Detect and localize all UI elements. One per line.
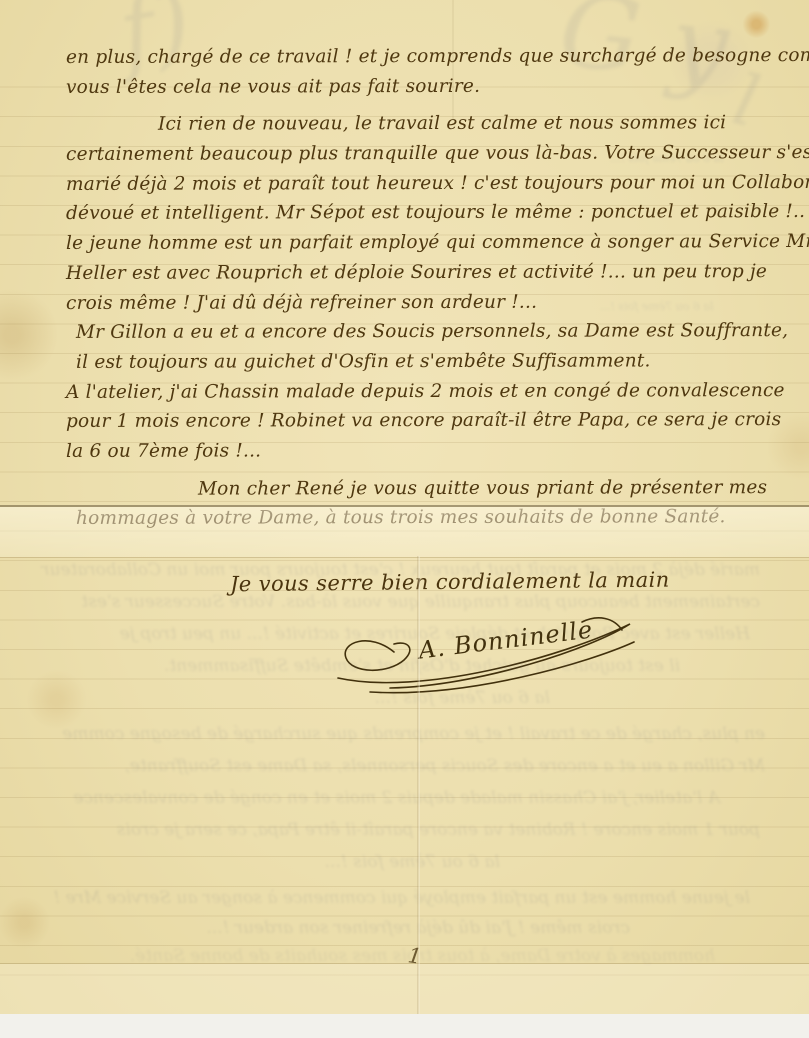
fold-highlight-band (0, 507, 809, 557)
signature: A. Bonninelle (330, 608, 640, 698)
letter-line: la 6 ou 7ème fois !... (66, 435, 790, 467)
letter-line: crois même ! J'ai dû déjà refreiner son … (66, 287, 790, 319)
letter-body: en plus, chargé de ce travail ! et je co… (66, 42, 790, 533)
vertical-fold-crease (452, 0, 454, 120)
letter-line: Ici rien de nouveau, le travail est calm… (66, 108, 790, 140)
letter-line: en plus, chargé de ce travail ! et je co… (66, 41, 790, 73)
letter-line: A l'atelier, j'ai Chassin malade depuis … (66, 376, 790, 408)
letter-line: marié déjà 2 mois et paraît tout heureux… (66, 168, 790, 200)
letter-line: certainement beaucoup plus tranquille qu… (66, 138, 790, 170)
letter-line: dévoué et intelligent. Mr Sépot est touj… (66, 197, 790, 229)
letter-line: Mr Gillon a eu et a encore des Soucis pe… (66, 316, 790, 348)
letter-line: Heller est avec Rouprich et déploie Sour… (66, 257, 790, 289)
letter-line: le jeune homme est un parfait employé qu… (66, 227, 790, 259)
letter-line: vous l'êtes cela ne vous ait pas fait so… (66, 71, 790, 103)
letter-line: pour 1 mois encore ! Robinet va encore p… (66, 405, 790, 437)
fold-highlight-band (0, 964, 809, 1014)
letter-line: il est toujours au guichet d'Osfin et s'… (66, 346, 790, 378)
horizontal-fold-crease (0, 557, 809, 558)
letter-scan: f) G y l la 6 ou 7ème fois !... la 6 ou … (0, 0, 809, 1038)
letter-line: Mon cher René je vous quitte vous priant… (66, 473, 790, 505)
closing-salutation: Je vous serre bien cordialement la main (230, 568, 650, 596)
